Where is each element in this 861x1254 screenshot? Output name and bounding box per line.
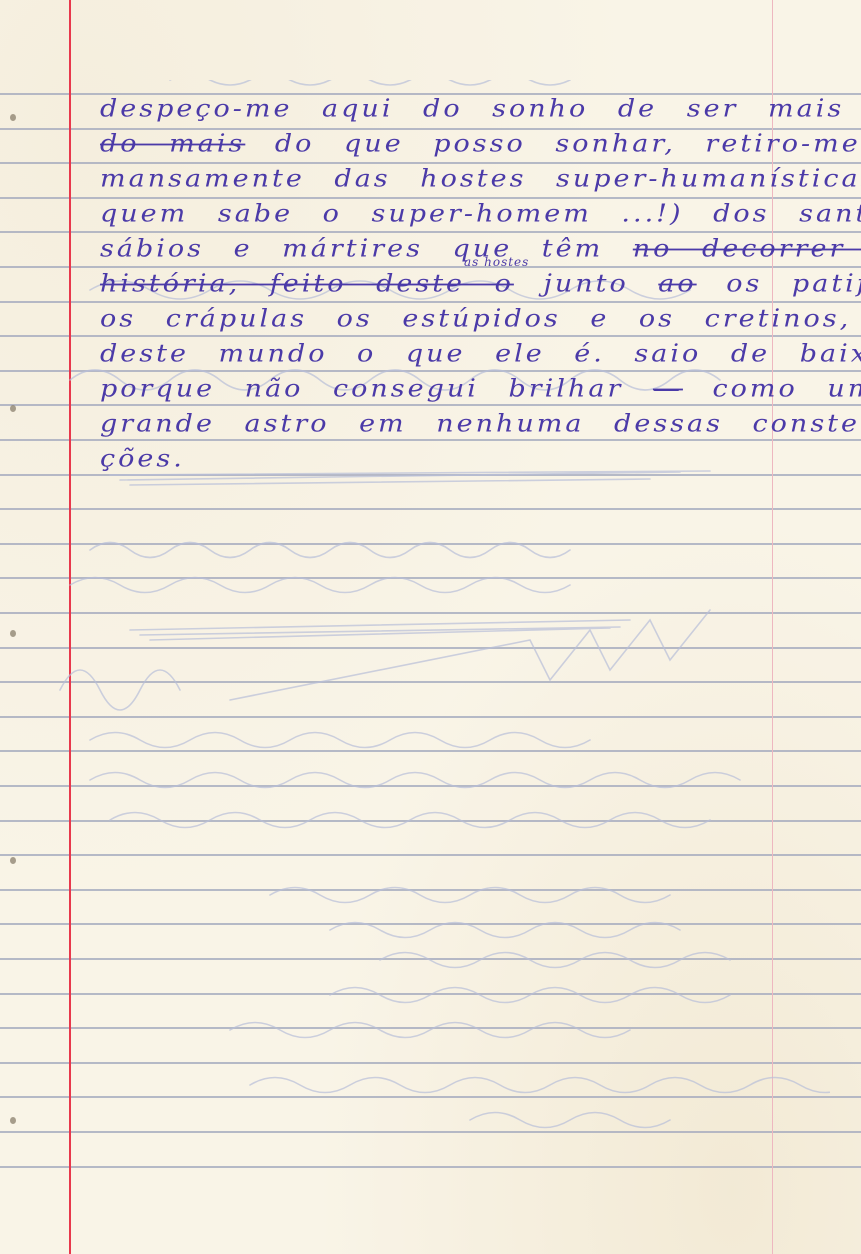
ruled-line — [0, 750, 861, 752]
struck-text-segment: história, feito deste o — [100, 270, 514, 298]
ruled-line — [0, 231, 861, 233]
ruled-line — [0, 681, 861, 683]
ruled-line — [0, 1096, 861, 1098]
ruled-line — [0, 716, 861, 718]
text-line: quem sabe o super-homem ...!) dos santos… — [100, 200, 861, 228]
struck-text-segment: ao — [658, 270, 696, 298]
ruled-line — [0, 508, 861, 510]
text-line: mansamente das hostes super-humanísticas… — [100, 165, 861, 193]
ruled-line — [0, 958, 861, 960]
ruled-line — [0, 404, 861, 406]
text-segment: os crápulas os estúpidos e os cretinos, … — [100, 305, 861, 333]
punch-hole — [10, 857, 16, 864]
ruled-line — [0, 335, 861, 337]
text-segment: mansamente das hostes super-humanísticas… — [100, 165, 861, 193]
text-segment: os patifes — [697, 270, 861, 298]
ruled-line — [0, 439, 861, 441]
text-segment: junto — [514, 270, 658, 298]
interlinear-insertion: as hostes — [464, 255, 529, 269]
ruled-line — [0, 820, 861, 822]
ruled-line — [0, 1166, 861, 1168]
ruled-line — [0, 474, 861, 476]
text-line: história, feito deste o junto ao os pati… — [100, 270, 861, 298]
ruled-line — [0, 1131, 861, 1133]
ruled-line — [0, 612, 861, 614]
punch-hole — [10, 1117, 16, 1124]
text-segment: quem sabe o super-homem ...!) dos santos… — [100, 200, 861, 228]
struck-text-segment: do mais — [100, 130, 245, 158]
text-line: despeço-me aqui do sonho de ser mais — [100, 95, 844, 123]
left-margin-line — [69, 0, 71, 1254]
text-line: do mais do que posso sonhar, retiro-me — [100, 130, 861, 158]
ruled-line — [0, 923, 861, 925]
text-segment: porque não consegui brilhar — [100, 375, 653, 403]
ruled-line — [0, 197, 861, 199]
ruled-line — [0, 889, 861, 891]
punch-hole — [10, 630, 16, 637]
struck-text-segment: no decorrer da — [633, 235, 861, 263]
ruled-line — [0, 162, 861, 164]
ruled-line — [0, 301, 861, 303]
text-segment: deste mundo o que ele é. saio de baixo — [100, 340, 861, 368]
text-segment: como um — [683, 375, 861, 403]
notebook-page: despeço-me aqui do sonho de ser mais do … — [0, 0, 861, 1254]
ruled-line — [0, 1062, 861, 1064]
ruled-line — [0, 785, 861, 787]
ruled-line — [0, 370, 861, 372]
text-segment: grande astro em nenhuma dessas constela- — [100, 410, 861, 438]
ruled-line — [0, 647, 861, 649]
ruled-line — [0, 993, 861, 995]
ruled-line — [0, 266, 861, 268]
text-line: deste mundo o que ele é. saio de baixo — [100, 340, 861, 368]
text-line: ções. — [100, 445, 185, 473]
ruled-line — [0, 577, 861, 579]
ruled-line — [0, 543, 861, 545]
text-line: grande astro em nenhuma dessas constela- — [100, 410, 861, 438]
text-segment: sábios e mártires que têm — [100, 235, 633, 263]
text-segment: despeço-me aqui do sonho de ser mais — [100, 95, 844, 123]
text-segment: ções. — [100, 445, 185, 473]
struck-text-segment: — — [653, 375, 683, 403]
ruled-line — [0, 854, 861, 856]
punch-hole — [10, 405, 16, 412]
punch-hole — [10, 114, 16, 121]
text-line: os crápulas os estúpidos e os cretinos, … — [100, 305, 861, 333]
text-line: porque não consegui brilhar — como um — [100, 375, 861, 403]
ruled-line — [0, 1027, 861, 1029]
text-segment: do que posso sonhar, retiro-me — [245, 130, 860, 158]
